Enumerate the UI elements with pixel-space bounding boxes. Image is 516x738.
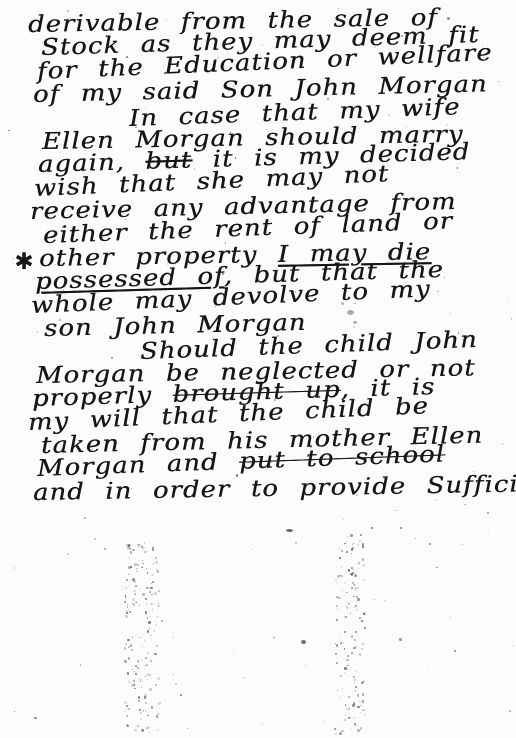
scan-speck: [337, 729, 338, 730]
scan-speck: [342, 590, 343, 591]
scan-speck: [126, 705, 128, 707]
scan-speck: [350, 613, 351, 614]
scan-speck: [395, 510, 396, 511]
scan-speck: [126, 715, 128, 717]
scan-speck: [137, 564, 139, 566]
scan-speck: [399, 638, 401, 640]
scan-speck: [353, 676, 355, 678]
scan-speck: [251, 549, 252, 550]
scan-speck: [138, 696, 141, 699]
scan-speck: [135, 601, 137, 603]
scan-speck: [415, 538, 416, 539]
scan-speck: [126, 588, 127, 589]
scan-speck: [150, 636, 151, 637]
scan-speck: [128, 586, 129, 587]
scan-speck: [158, 702, 161, 705]
scan-speck: [362, 643, 364, 645]
scan-speck: [348, 584, 349, 585]
scan-speck: [355, 605, 357, 607]
scan-speck: [138, 406, 139, 407]
scan-speck: [355, 671, 356, 672]
scan-speck: [155, 561, 158, 564]
scan-speck: [355, 725, 356, 726]
ink-blot: [353, 321, 357, 324]
scan-speck: [347, 665, 348, 666]
scan-speck: [345, 704, 346, 705]
scan-speck: [344, 595, 345, 596]
scan-speck: [187, 728, 188, 729]
scan-speck: [128, 708, 130, 710]
scan-speck: [236, 474, 238, 476]
scan-speck: [152, 609, 153, 610]
scan-speck: [362, 545, 365, 548]
scan-speck: [146, 664, 147, 665]
scan-speck: [344, 631, 346, 633]
scan-speck: [353, 596, 355, 598]
scan-speck: [341, 567, 342, 568]
scan-speck: [346, 592, 347, 593]
scan-speck: [277, 335, 279, 337]
scan-speck: [145, 598, 147, 600]
scan-speck: [150, 587, 152, 589]
scan-speck: [233, 650, 234, 651]
scan-speck: [152, 581, 154, 583]
scan-speck: [498, 81, 499, 82]
scan-speck: [354, 639, 356, 641]
scan-speck: [148, 732, 149, 733]
scan-speck: [337, 690, 338, 691]
scan-speck: [156, 715, 158, 717]
scan-speck: [150, 637, 152, 639]
scan-speck: [354, 690, 357, 693]
scan-speck: [145, 676, 146, 677]
scan-speck: [344, 667, 347, 670]
scan-speck: [335, 579, 337, 581]
scan-speck: [157, 677, 160, 680]
scan-speck: [148, 621, 150, 623]
scan-speck: [124, 711, 125, 712]
scan-speck: [147, 617, 148, 618]
scan-speck: [68, 492, 69, 493]
scan-speck: [147, 572, 148, 573]
scan-speck: [305, 665, 306, 666]
scan-speck: [134, 685, 136, 687]
scan-speck: [161, 620, 163, 622]
scan-speck: [63, 290, 64, 291]
scan-speck: [354, 679, 356, 681]
scan-speck: [138, 604, 140, 606]
scan-speck: [133, 604, 135, 606]
scan-speck: [454, 650, 456, 652]
scan-speck: [131, 685, 133, 687]
scan-speck: [126, 724, 128, 726]
scan-speck: [124, 601, 126, 603]
scan-speck: [145, 641, 146, 642]
scan-speck: [351, 553, 352, 554]
scan-speck: [337, 582, 338, 583]
scan-speck: [362, 558, 365, 561]
scan-speck: [457, 167, 458, 168]
scan-speck: [127, 672, 129, 674]
scan-speck: [147, 674, 148, 675]
scan-speck: [340, 675, 342, 677]
scan-speck: [345, 616, 347, 618]
scan-speck: [140, 637, 141, 638]
scan-speck: [157, 616, 159, 618]
scan-speck: [344, 583, 345, 584]
scan-speck: [133, 580, 136, 583]
scan-speck: [341, 688, 343, 690]
scan-speck: [357, 590, 358, 591]
ink-blot: [347, 310, 354, 315]
scan-speck: [429, 543, 430, 544]
scan-speck: [295, 291, 296, 292]
scan-speck: [124, 701, 126, 703]
scan-speck: [476, 481, 477, 482]
scan-speck: [129, 611, 131, 613]
scan-speck: [353, 543, 354, 544]
scan-speck: [136, 568, 137, 569]
scan-speck: [145, 562, 146, 563]
scanned-document-page: ✱ derivable from the sale ofStock as the…: [0, 0, 516, 738]
scan-speck: [153, 559, 154, 560]
scan-speck: [106, 256, 108, 258]
scan-speck: [175, 683, 177, 685]
scan-speck: [273, 183, 274, 184]
scan-speck: [347, 536, 348, 537]
scan-speck: [353, 584, 355, 586]
scan-speck: [128, 657, 131, 660]
scan-speck: [295, 542, 297, 544]
scan-speck: [362, 693, 365, 696]
scan-speck: [364, 627, 366, 629]
scan-speck: [158, 590, 160, 592]
scan-speck: [147, 715, 148, 716]
scan-speck: [138, 700, 140, 702]
scan-speck: [59, 319, 61, 321]
scan-speck: [166, 19, 167, 20]
scan-speck: [436, 567, 437, 568]
scan-speck: [145, 702, 147, 704]
scan-speck: [129, 548, 131, 550]
scan-speck: [135, 127, 136, 128]
scan-speck: [31, 422, 33, 424]
scan-speck: [140, 681, 141, 682]
scan-speck: [338, 597, 340, 599]
scan-speck: [345, 715, 346, 716]
scan-speck: [347, 607, 348, 608]
scan-speck: [364, 714, 365, 715]
scan-speck: [132, 549, 134, 551]
scan-speck: [124, 647, 126, 649]
scan-speck: [357, 583, 358, 584]
scan-speck: [142, 547, 144, 549]
scan-speck: [84, 517, 86, 519]
scan-speck: [139, 709, 141, 711]
scan-speck: [262, 723, 263, 724]
scan-speck: [163, 52, 164, 53]
scan-speck: [147, 630, 149, 632]
scan-speck: [157, 605, 160, 608]
scan-speck: [156, 645, 158, 647]
scan-speck: [273, 637, 275, 639]
scan-speck: [150, 660, 152, 662]
ink-blot: [341, 302, 344, 305]
scan-speck: [346, 659, 349, 662]
scan-speck: [359, 568, 360, 569]
scan-speck: [126, 611, 128, 613]
scan-speck: [361, 648, 363, 650]
scan-speck: [141, 545, 142, 546]
scan-speck: [169, 549, 170, 550]
scan-speck: [140, 712, 142, 714]
scan-speck: [362, 709, 364, 711]
scan-speck: [134, 563, 137, 566]
scan-speck: [148, 715, 149, 716]
scan-speck: [134, 590, 136, 592]
scan-speck: [352, 704, 354, 706]
scan-speck: [134, 729, 137, 732]
scan-speck: [400, 527, 402, 529]
scan-speck: [144, 639, 146, 641]
scan-speck: [134, 688, 135, 689]
scan-speck: [446, 124, 448, 126]
scan-speck: [14, 711, 15, 712]
scan-speck: [146, 727, 149, 730]
scan-speck: [360, 534, 362, 536]
ink-blot: [286, 529, 293, 532]
scan-speck: [139, 547, 141, 549]
scan-speck: [146, 603, 147, 604]
scan-speck: [135, 585, 137, 587]
scan-speck: [125, 643, 127, 645]
scan-speck: [173, 637, 174, 638]
scan-speck: [346, 606, 347, 607]
scan-speck: [144, 542, 145, 543]
scan-speck: [353, 569, 354, 570]
scan-speck: [335, 733, 337, 735]
scan-speck: [357, 729, 360, 732]
scan-speck: [133, 680, 135, 682]
scan-speck: [347, 655, 349, 657]
scan-speck: [125, 597, 127, 599]
scan-speck: [151, 603, 153, 605]
scan-speck: [149, 628, 150, 629]
scan-speck: [356, 609, 358, 611]
scan-speck: [151, 583, 152, 584]
scan-speck: [94, 538, 96, 540]
scan-speck: [353, 717, 355, 719]
scan-speck: [308, 43, 309, 44]
scan-speck: [336, 644, 339, 647]
scan-speck: [351, 635, 354, 638]
scan-speck: [134, 593, 136, 595]
scan-speck: [132, 669, 133, 670]
scan-speck: [132, 636, 133, 637]
scan-speck: [488, 530, 489, 531]
scan-speck: [363, 565, 364, 566]
scan-speck: [356, 494, 358, 496]
scan-speck: [428, 666, 429, 667]
scan-speck: [354, 607, 355, 608]
scan-speck: [8, 130, 9, 131]
scan-speck: [343, 519, 344, 520]
scan-speck: [129, 682, 130, 683]
handwriting: derivable from the sale ofStock as they …: [0, 14, 516, 505]
scan-speck: [338, 716, 339, 717]
scan-speck: [155, 684, 157, 686]
scan-speck: [374, 46, 376, 48]
scan-speck: [217, 57, 219, 59]
scan-speck: [137, 725, 140, 728]
scan-speck: [153, 721, 154, 722]
scan-speck: [358, 696, 359, 697]
scan-speck: [343, 642, 345, 644]
scan-speck: [128, 544, 129, 545]
scan-speck: [351, 728, 352, 729]
scan-speck: [151, 594, 153, 596]
scan-speck: [371, 527, 372, 528]
scan-speck: [502, 444, 503, 445]
scan-speck: [130, 551, 132, 553]
scan-speck: [142, 567, 143, 568]
scan-speck: [266, 129, 267, 130]
scan-speck: [362, 700, 365, 703]
scan-speck: [80, 664, 82, 666]
scan-speck: [359, 700, 361, 702]
scan-speck: [104, 548, 106, 550]
scan-speck: [149, 591, 151, 593]
scan-speck: [336, 619, 338, 621]
scan-speck: [37, 332, 38, 333]
scan-speck: [344, 672, 345, 673]
scan-speck: [359, 617, 362, 620]
scan-speck: [361, 620, 363, 622]
scan-speck: [359, 653, 362, 656]
scan-speck: [140, 718, 142, 720]
scan-speck: [356, 596, 358, 598]
scan-speck: [138, 662, 139, 663]
scan-speck: [339, 557, 341, 559]
ink-blot: [447, 17, 450, 20]
scan-speck: [130, 566, 132, 568]
scan-speck: [348, 569, 350, 571]
scan-speck: [135, 673, 137, 675]
scan-speck: [67, 10, 69, 12]
scan-speck: [151, 706, 153, 708]
scan-speck: [147, 551, 148, 552]
scan-speck: [335, 653, 337, 655]
scan-speck: [339, 618, 341, 620]
scan-speck: [355, 631, 357, 633]
scan-speck: [353, 614, 354, 615]
scan-speck: [131, 649, 133, 651]
scan-speck: [145, 611, 148, 614]
scan-speck: [127, 639, 130, 642]
scan-speck: [144, 551, 146, 553]
scan-speck: [142, 646, 143, 647]
scan-speck: [157, 729, 159, 731]
scan-speck: [142, 563, 143, 564]
scan-speck: [340, 708, 341, 709]
scan-speck: [351, 652, 353, 654]
scan-speck: [336, 605, 338, 607]
scan-speck: [150, 616, 151, 617]
scan-speck: [128, 557, 130, 559]
scan-speck: [125, 577, 126, 578]
scan-speck: [132, 578, 134, 580]
scan-speck: [341, 575, 343, 577]
scan-speck: [154, 653, 156, 655]
scan-speck: [301, 333, 302, 334]
scan-speck: [354, 683, 355, 684]
scan-speck: [355, 686, 357, 688]
scan-speck: [338, 8, 339, 9]
scan-speck: [493, 192, 494, 193]
scan-speck: [137, 544, 138, 545]
scan-speck: [309, 631, 310, 632]
scan-speck: [354, 574, 357, 577]
scan-speck: [361, 682, 363, 684]
scan-speck: [403, 160, 405, 162]
scan-speck: [450, 617, 451, 618]
scan-speck: [62, 71, 63, 72]
scan-speck: [145, 657, 147, 659]
scan-speck: [349, 717, 350, 718]
scan-speck: [346, 551, 348, 553]
scan-speck: [180, 694, 182, 696]
scan-speck: [163, 66, 164, 67]
scan-speck: [462, 544, 463, 545]
scan-speck: [509, 710, 511, 712]
scan-speck: [67, 553, 69, 555]
scan-speck: [363, 580, 364, 581]
scan-speck: [149, 688, 152, 691]
scan-speck: [141, 687, 142, 688]
scan-speck: [141, 659, 142, 660]
scan-speck: [145, 710, 147, 712]
scan-speck: [340, 697, 341, 698]
scan-speck: [350, 534, 352, 536]
scan-speck: [147, 679, 148, 680]
scan-speck: [348, 708, 351, 711]
scan-speck: [124, 660, 127, 663]
scan-speck: [339, 732, 342, 735]
scan-speck: [341, 730, 343, 732]
scan-speck: [344, 543, 345, 544]
scan-speck: [360, 727, 363, 730]
scan-speck: [147, 652, 149, 654]
scan-speck: [374, 599, 375, 600]
scan-speck: [155, 624, 157, 626]
scan-speck: [126, 579, 128, 581]
scan-speck: [132, 666, 133, 667]
scan-speck: [146, 568, 147, 569]
scan-speck: [363, 613, 365, 615]
scan-speck: [132, 638, 133, 639]
scan-speck: [144, 696, 147, 699]
scan-speck: [336, 662, 338, 664]
ink-blot: [301, 640, 306, 644]
scan-speck: [134, 694, 135, 695]
scan-speck: [151, 574, 154, 577]
scan-speck: [123, 651, 124, 652]
scan-speck: [140, 591, 141, 592]
scan-speck: [127, 604, 129, 606]
scan-speck: [230, 132, 231, 133]
scan-speck: [127, 606, 129, 608]
scan-speck: [401, 35, 403, 37]
